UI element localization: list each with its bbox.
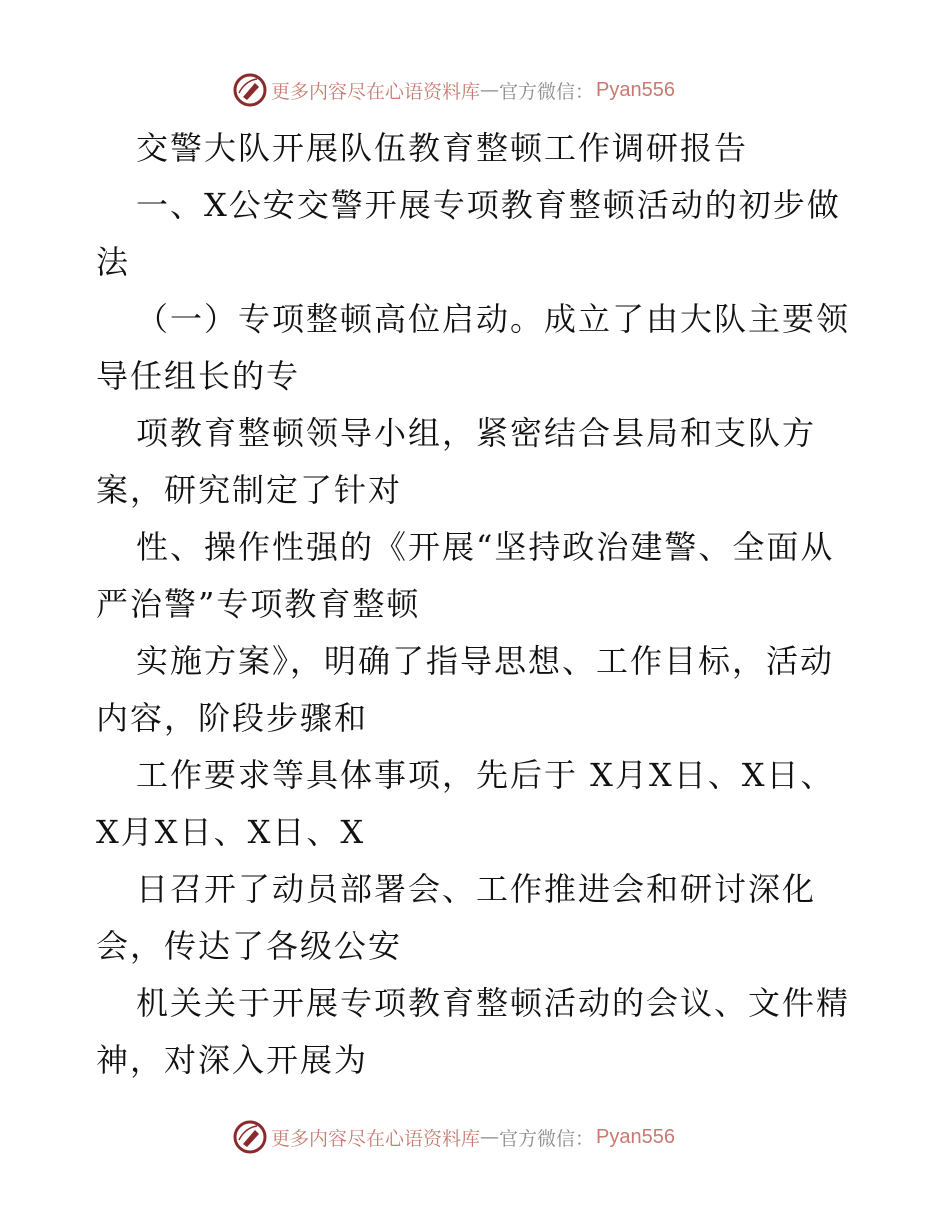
footer-watermark: 更多内容尽在心语资料库 — 官方微信： Pyan556 <box>233 1120 675 1154</box>
paragraph-line: 内容，阶段步骤和 <box>96 690 866 747</box>
watermark-dash: — <box>480 79 499 101</box>
paragraph-line: 工作要求等具体事项，先后于 X月X日、X日、 <box>96 747 866 804</box>
watermark-wechat-label: 官方微信： <box>499 1124 594 1151</box>
pen-nib-logo-icon <box>233 73 267 107</box>
paragraph-line: 严治警”专项教育整顿 <box>96 576 866 633</box>
paragraph-line: 案，研究制定了针对 <box>96 462 866 519</box>
watermark-wechat-id: Pyan556 <box>596 1126 675 1149</box>
paragraph-line: 神，对深入开展为 <box>96 1032 866 1089</box>
paragraph-line: 导任组长的专 <box>96 348 866 405</box>
paragraph-line: 项教育整顿领导小组，紧密结合县局和支队方 <box>96 405 866 462</box>
paragraph-line: 实施方案》，明确了指导思想、工作目标，活动 <box>96 633 866 690</box>
paragraph-line: （一）专项整顿高位启动。成立了由大队主要领 <box>96 291 866 348</box>
paragraph-line: 性、操作性强的《开展“坚持政治建警、全面从 <box>96 519 866 576</box>
paragraph-line: 会，传达了各级公安 <box>96 918 866 975</box>
header-watermark: 更多内容尽在心语资料库 — 官方微信： Pyan556 <box>233 73 675 107</box>
pen-nib-logo-icon <box>233 1120 267 1154</box>
paragraph-line: 机关关于开展专项教育整顿活动的会议、文件精 <box>96 975 866 1032</box>
watermark-dash: — <box>480 1126 499 1148</box>
watermark-wechat-label: 官方微信： <box>499 77 594 104</box>
section-heading: 一、X公安交警开展专项教育整顿活动的初步做 <box>96 177 866 234</box>
watermark-site-name: 更多内容尽在心语资料库 <box>271 77 480 104</box>
section-heading-cont: 法 <box>96 234 866 291</box>
document-body: 交警大队开展队伍教育整顿工作调研报告 一、X公安交警开展专项教育整顿活动的初步做… <box>96 120 866 1089</box>
watermark-wechat-id: Pyan556 <box>596 79 675 102</box>
paragraph-line: X月X日、X日、X <box>96 804 866 861</box>
document-title: 交警大队开展队伍教育整顿工作调研报告 <box>96 120 866 177</box>
watermark-site-name: 更多内容尽在心语资料库 <box>271 1124 480 1151</box>
paragraph-line: 日召开了动员部署会、工作推进会和研讨深化 <box>96 861 866 918</box>
